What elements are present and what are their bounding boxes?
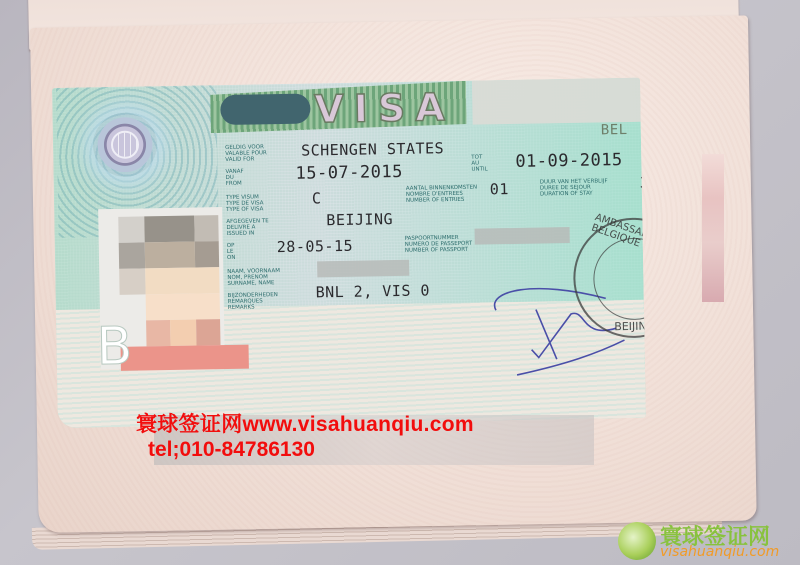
label-valid-for: GELDIG VOORVALABLE POURVALID FOR: [225, 144, 267, 163]
value-issued-in: BEIJING: [326, 210, 393, 229]
label-number-of-entries: AANTAL BINNENKOMSTENNOMBRE D'ENTREESNUMB…: [406, 185, 478, 204]
redacted-header-area: [220, 93, 311, 125]
schengen-visa-sticker: VISA BEL GELDIG VOORVALABLE POURVALID FO…: [52, 78, 646, 428]
globe-arrow-icon: [618, 522, 656, 560]
country-code: BEL: [601, 122, 628, 138]
value-from-date: 15-07-2015: [295, 162, 403, 184]
value-until-date: 01-09-2015: [515, 150, 623, 172]
logo-domain-text: visahuanqiu.com: [660, 544, 779, 560]
redacted-side-text: [702, 154, 724, 302]
value-number-of-entries: 01: [490, 180, 509, 198]
value-type-of-visa: C: [312, 189, 322, 207]
redacted-name: [317, 260, 409, 278]
value-remarks: BNL 2, VIS 0: [315, 281, 430, 301]
watermark-phone: tel;010-84786130: [148, 438, 315, 462]
label-issued-in: AFGEGEVEN TEDELIVRE AISSUED IN: [226, 218, 269, 237]
label-issued-on: OPLEON: [227, 243, 236, 261]
stamp-bottom-text: BEIJING: [614, 320, 646, 334]
label-passport-number: PASPOORTNUMMERNUMERO DE PASSEPORTNUMBER …: [405, 235, 473, 254]
redacted-visa-number: [472, 78, 643, 125]
value-issued-on: 28-05-15: [277, 237, 354, 256]
label-surname-name: NAAM, VOORNAAMNOM, PRENOMSURNAME, NAME: [227, 268, 280, 287]
label-type-of-visa: TYPE VISUMTYPE DE VISATYPE OF VISA: [226, 194, 264, 213]
label-duration-of-stay: DUUR VAN HET VERBLIJFDUREE DE SEJOURDURA…: [540, 178, 608, 197]
redacted-passport-number: [475, 227, 570, 245]
watermark-website: 寰球签证网www.visahuanqiu.com: [136, 408, 474, 438]
label-until: TOTAUUNTIL: [471, 154, 487, 172]
label-from: VANAFDUFROM: [225, 169, 244, 187]
value-valid-for: SCHENGEN STATES: [301, 139, 444, 159]
visa-title: VISA: [314, 85, 455, 131]
label-remarks: BIJZONDERHEDENREMARQUESREMARKS: [228, 292, 279, 311]
mrz-letter: B: [96, 317, 133, 378]
